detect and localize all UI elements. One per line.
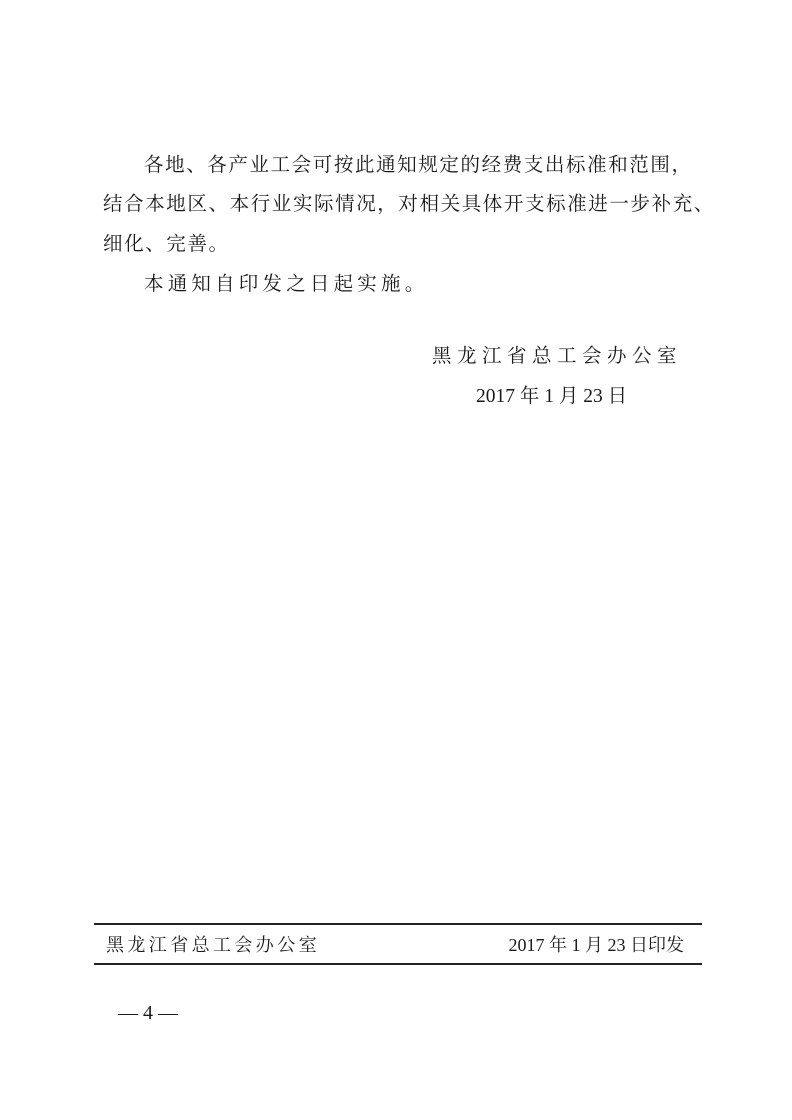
body-paragraph-line: 细化、完善。 (103, 228, 230, 256)
body-paragraph-line: 结合本地区、本行业实际情况，对相关具体开支标准进一步补充、 (103, 188, 715, 216)
body-paragraph-line: 各地、各产业工会可按此通知规定的经费支出标准和范围， (144, 149, 693, 177)
signature-organization: 黑龙江省总工会办公室 (432, 340, 682, 368)
footer-issuer: 黑龙江省总工会办公室 (106, 931, 320, 957)
footer-bottom-rule (94, 963, 702, 965)
signature-date: 2017 年 1 月 23 日 (476, 380, 627, 408)
body-paragraph-effective: 本通知自印发之日起实施。 (144, 268, 428, 296)
page-number: — 4 — (118, 1002, 178, 1025)
footer-top-rule (94, 923, 702, 925)
footer-issue-date: 2017 年 1 月 23 日印发 (509, 931, 685, 957)
